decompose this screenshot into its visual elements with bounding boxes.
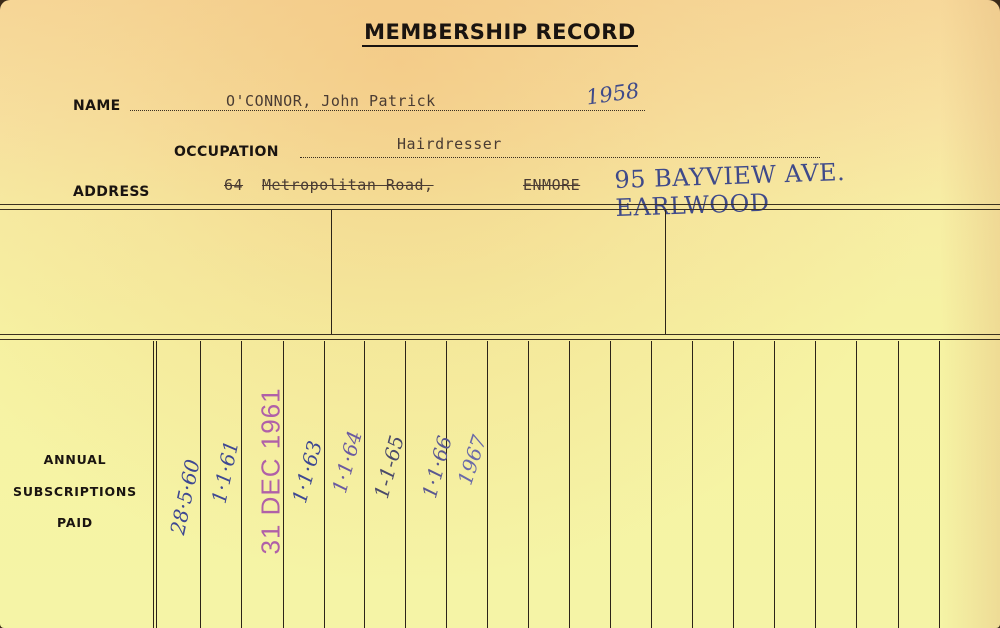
subscription-column-line — [733, 341, 734, 628]
lower-double-rule — [0, 334, 1000, 340]
subscription-column-line — [528, 341, 529, 628]
subscription-column-line — [156, 341, 157, 628]
address-new-handwritten: 95 BAYVIEW AVE. EARLWOOD — [614, 153, 1000, 222]
subscription-entry-1: 28·5·60 — [162, 441, 208, 554]
name-label: NAME — [73, 98, 121, 114]
card-title-text: MEMBERSHIP RECORD — [362, 20, 638, 47]
card-title: MEMBERSHIP RECORD — [0, 20, 1000, 44]
subscription-column-line — [898, 341, 899, 628]
middle-box-divider-2 — [665, 210, 666, 334]
subscription-column-line — [446, 341, 447, 628]
subscription-column-line — [692, 341, 693, 628]
address-old-street-text: Metropolitan Road, — [262, 176, 434, 194]
name-dotted-line — [130, 110, 645, 111]
address-old-suburb: ENMORE — [523, 176, 580, 194]
subscription-column-line — [241, 341, 242, 628]
subscription-column-line — [364, 341, 365, 628]
membership-card: MEMBERSHIP RECORD NAME O'CONNOR, John Pa… — [0, 0, 1000, 628]
subscription-column-line — [610, 341, 611, 628]
subscription-column-line — [774, 341, 775, 628]
subscriptions-label-line-3: PAID — [0, 515, 150, 530]
address-old-number: 64 — [224, 176, 243, 194]
subscriptions-label-line-2: SUBSCRIPTIONS — [0, 484, 150, 499]
address-old-street: Metropolitan Road, — [262, 176, 434, 194]
subscription-column-line — [487, 341, 488, 628]
subscription-column-line — [200, 341, 201, 628]
subscription-column-line — [153, 341, 154, 628]
subscription-column-line — [405, 341, 406, 628]
occupation-label: OCCUPATION — [174, 144, 279, 160]
subscription-column-line — [939, 341, 940, 628]
subscription-entry-7: 1·1·66 — [411, 411, 463, 523]
subscription-column-line — [856, 341, 857, 628]
subscription-column-line — [815, 341, 816, 628]
occupation-value: Hairdresser — [397, 135, 502, 153]
subscription-entry-6: 1-1-65 — [363, 411, 415, 523]
middle-box-divider-1 — [331, 210, 332, 334]
subscriptions-label-line-1: ANNUAL — [0, 452, 150, 467]
upper-double-rule — [0, 204, 1000, 210]
occupation-dotted-line — [300, 157, 820, 158]
paper-edge-shading — [940, 0, 1000, 628]
name-value: O'CONNOR, John Patrick — [226, 92, 436, 110]
name-year-annotation: 1958 — [585, 78, 641, 109]
address-label: ADDRESS — [73, 184, 150, 200]
subscription-column-line — [651, 341, 652, 628]
subscription-column-line — [569, 341, 570, 628]
subscription-entry-3-stamp: 31 DEC 1961 — [256, 405, 287, 555]
subscription-column-line — [324, 341, 325, 628]
